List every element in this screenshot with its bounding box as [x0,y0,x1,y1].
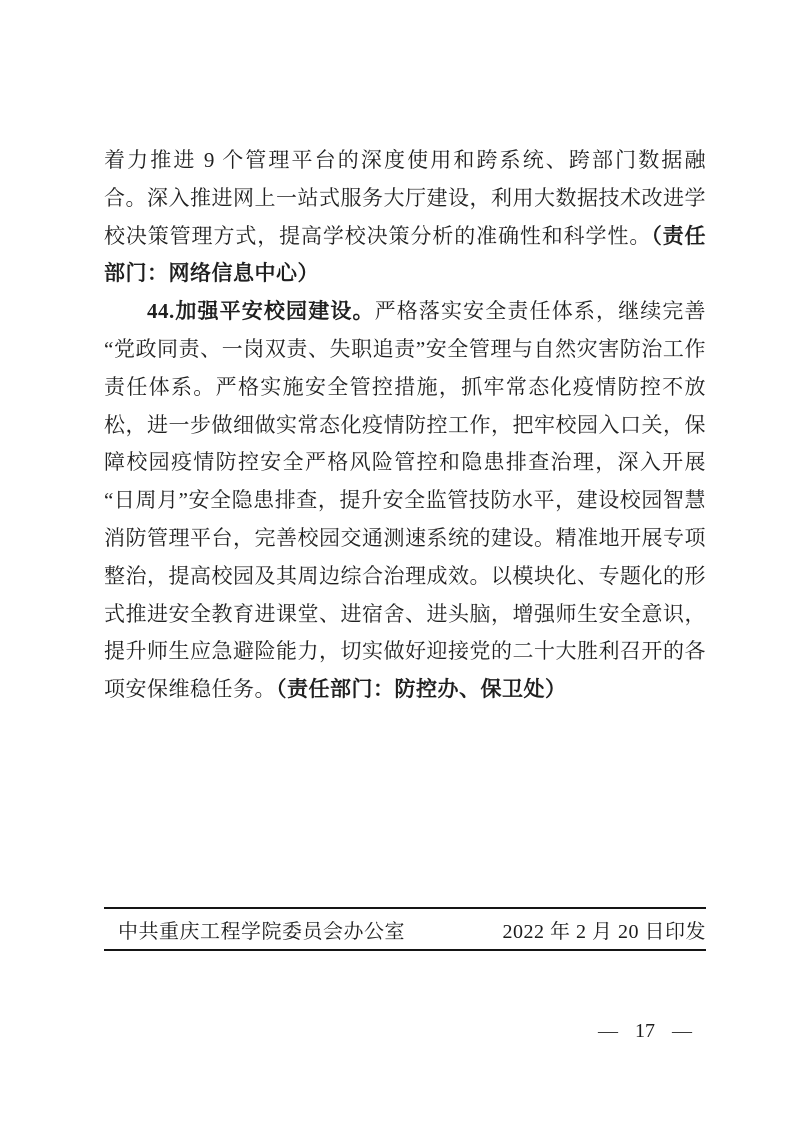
issuing-office-label: 中共重庆工程学院委员会办公室 [118,915,405,944]
page-number-dash-right: — [672,1020,692,1043]
item-44-heading: 44.加强平安校园建设。 [147,299,375,323]
page-number-value: 17 [635,1020,655,1043]
item-44-body-text: 严格落实安全责任体系，继续完善“党政同责、一岗双责、失职追责”安全管理与自然灾害… [104,299,706,701]
print-date-label: 2022 年 2 月 20 日印发 [503,915,707,944]
responsible-dept-security: （责任部门：防控办、保卫处） [276,677,567,701]
paragraph-item-44-safe-campus: 44.加强平安校园建设。严格落实安全责任体系，继续完善“党政同责、一岗双责、失职… [104,293,706,709]
document-body: 着力推进 9 个管理平台的深度使用和跨系统、跨部门数据融合。深入推进网上一站式服… [104,142,706,709]
document-page: 着力推进 9 个管理平台的深度使用和跨系统、跨部门数据融合。深入推进网上一站式服… [0,0,793,1122]
page-number: — 17 — [598,1020,692,1043]
paragraph-platform-integration: 着力推进 9 个管理平台的深度使用和跨系统、跨部门数据融合。深入推进网上一站式服… [104,142,706,293]
document-footer: 中共重庆工程学院委员会办公室 2022 年 2 月 20 日印发 [104,907,706,951]
page-number-dash-left: — [598,1020,618,1043]
paragraph-platform-integration-text: 着力推进 9 个管理平台的深度使用和跨系统、跨部门数据融合。深入推进网上一站式服… [104,148,706,248]
